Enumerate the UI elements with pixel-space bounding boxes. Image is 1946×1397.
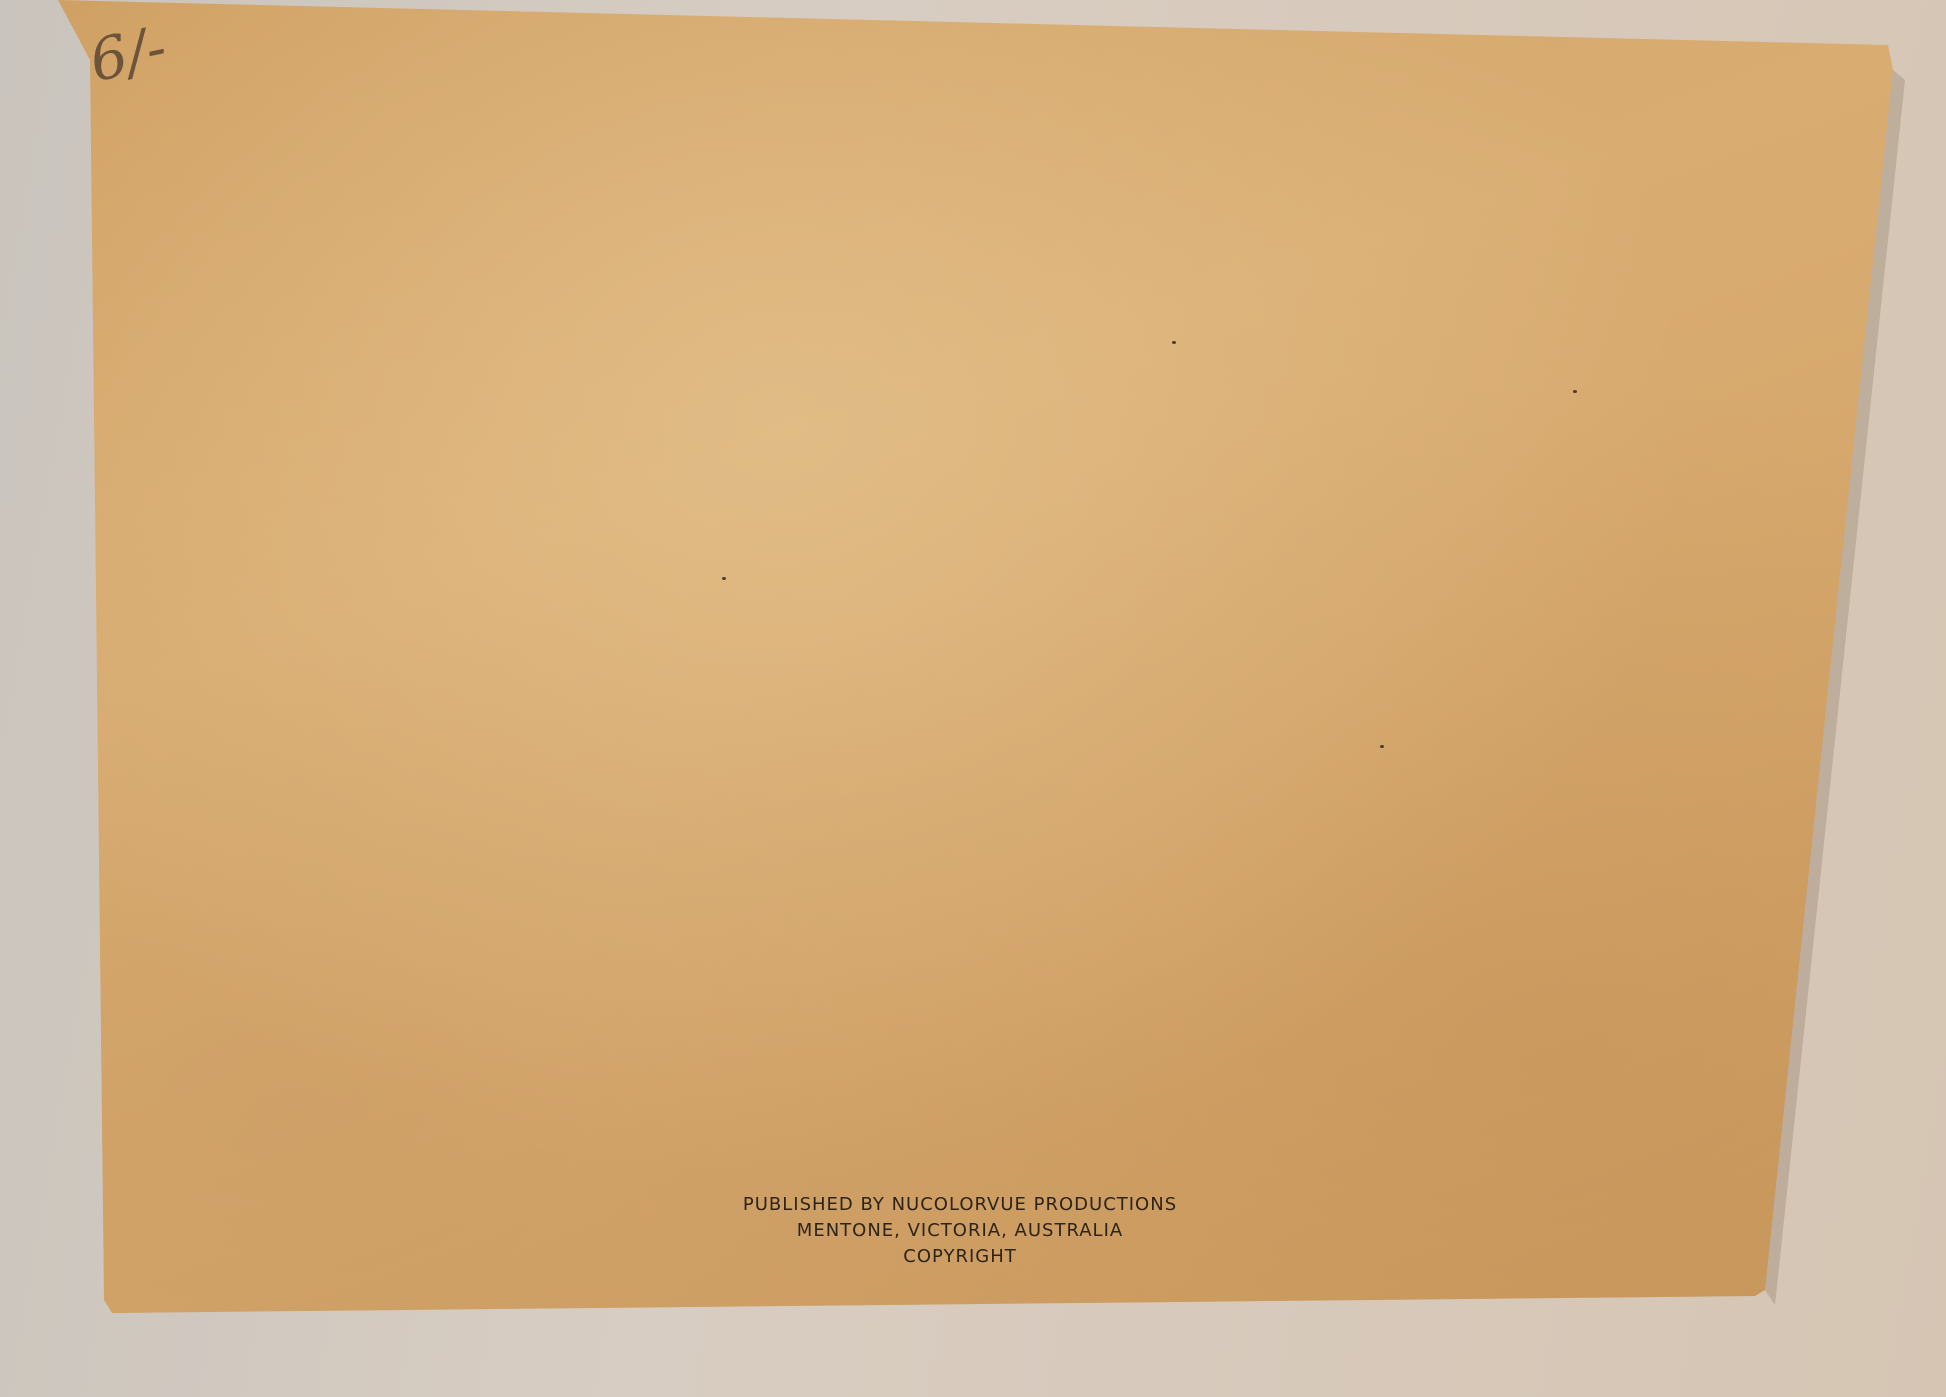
speck — [1380, 745, 1384, 748]
speck — [722, 577, 726, 580]
book-back-cover — [0, 0, 1946, 1397]
imprint-publisher: PUBLISHED BY NUCOLORVUE PRODUCTIONS — [690, 1192, 1230, 1218]
speck — [1573, 390, 1577, 393]
publisher-imprint: PUBLISHED BY NUCOLORVUE PRODUCTIONS MENT… — [690, 1192, 1230, 1270]
imprint-copyright: COPYRIGHT — [690, 1244, 1230, 1270]
imprint-location: MENTONE, VICTORIA, AUSTRALIA — [690, 1218, 1230, 1244]
speck — [1172, 341, 1176, 344]
